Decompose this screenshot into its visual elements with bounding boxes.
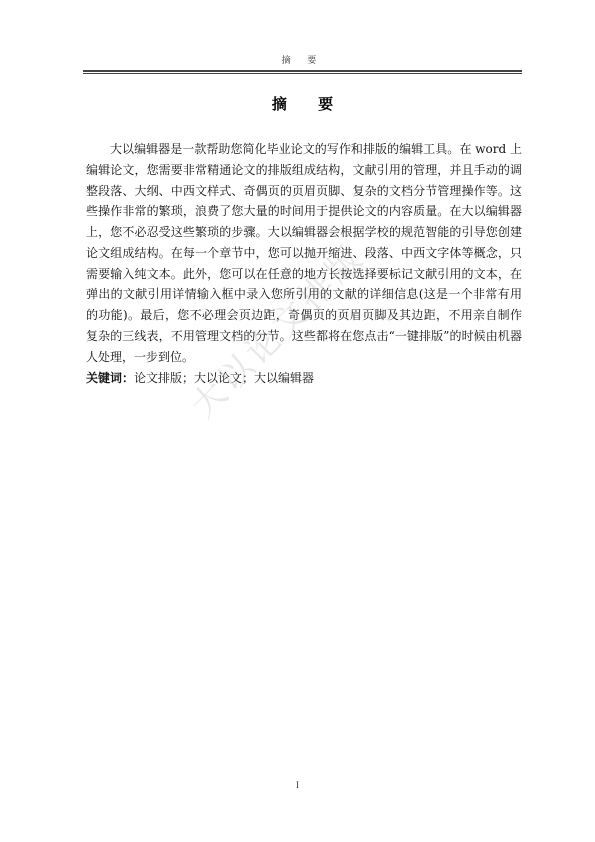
header-rule-line-top <box>83 70 522 72</box>
document-page: 摘 要 摘 要 大以编辑器是一款帮助您简化毕业论文的写作和排版的编辑工具。在 w… <box>0 0 595 842</box>
keywords-label: 关键词： <box>86 371 134 385</box>
page-title: 摘 要 <box>83 95 522 113</box>
keywords-value: 论文排版；大以论文；大以编辑器 <box>134 371 314 385</box>
abstract-paragraph: 大以编辑器是一款帮助您简化毕业论文的写作和排版的编辑工具。在 word 上编辑论… <box>86 139 522 367</box>
header-rule-line-bottom <box>83 73 522 75</box>
header-double-rule <box>83 70 522 74</box>
running-header: 摘 要 <box>83 56 522 66</box>
keywords-line: 关键词：论文排版；大以论文；大以编辑器 <box>86 370 314 386</box>
page-number: I <box>0 780 595 790</box>
